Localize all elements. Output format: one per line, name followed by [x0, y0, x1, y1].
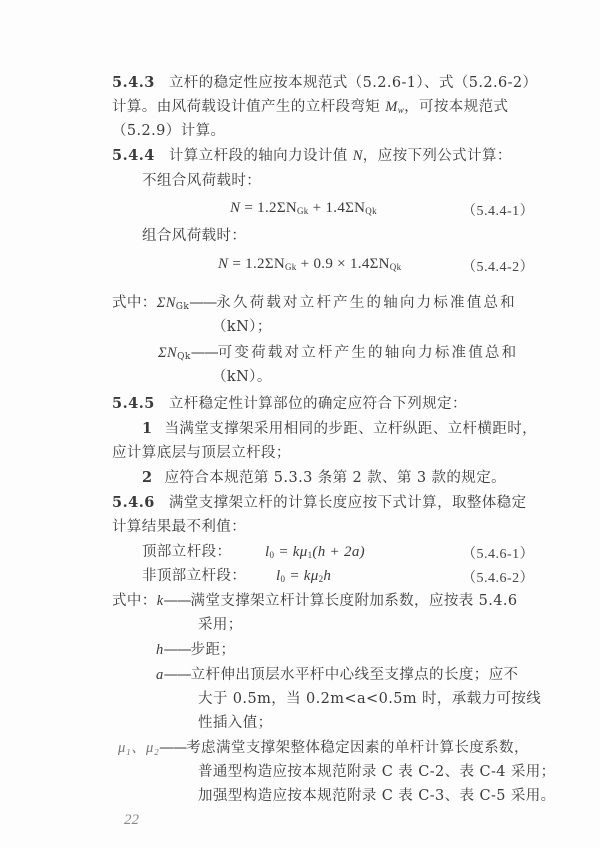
formula-text: = 1.2ΣN [240, 200, 297, 216]
formula-text: = kμ [285, 568, 318, 584]
paragraph-text: 立杆稳定性计算部位的确定应符合下列规定： [169, 396, 467, 412]
paragraph-text: ，可按本规范式 [404, 99, 508, 115]
paragraph-text: 满堂支撑架立杆的计算长度应按下式计算，取整体稳定 [169, 495, 527, 511]
dash: —— [191, 345, 218, 361]
section-number: 5.4.4 [112, 147, 155, 164]
symbol: h [156, 642, 164, 658]
definition-a: a——立杆伸出顶层水平杆中心线至支撑点的长度；应不 [156, 665, 518, 685]
definition-text: 立杆伸出顶层水平杆中心线至支撑点的长度；应不 [191, 667, 519, 683]
section-5-4-3-line-3: （5.2.9）计算。 [112, 121, 225, 141]
section-number: 5.4.3 [112, 74, 155, 91]
definition-k: 式中：k——满堂支撑架立杆计算长度附加系数，应按表 5.4.6 [112, 591, 518, 611]
item-number: 2 [142, 469, 153, 486]
equation-number: （5.4.6-2） [462, 567, 534, 587]
definition-a-continued-2: 性插入值； [198, 713, 273, 733]
section-5-4-6-line-1: 5.4.6满堂支撑架立杆的计算长度应按下式计算，取整体稳定 [112, 493, 526, 513]
subscript: Gk [285, 262, 297, 272]
symbol: ΣN [158, 345, 177, 361]
equation-5-4-4-1: N = 1.2ΣNGk + 1.4ΣNQk [230, 198, 377, 221]
item-text: 当满堂支撑架采用相同的步距、立杆纵距、立杆横距时， [165, 421, 538, 437]
definition-sum-ngk-unit: （kN）； [212, 317, 272, 337]
definition-text: 可变荷载对立杆产生的轴向力标准值总和 [218, 345, 519, 361]
subscript: Gk [176, 302, 189, 312]
subscript: Qk [177, 352, 191, 362]
document-page: 5.4.3立杆的稳定性应按本规范式（5.2.6-1）、式（5.2.6-2） 计算… [0, 0, 600, 848]
formula-text: (h + 2a) [312, 544, 365, 560]
paragraph-text: 计算。由风荷载设计值产生的立杆段弯矩 [112, 99, 385, 115]
symbol-N: N [218, 256, 228, 272]
definition-a-continued-1: 大于 0.5m，当 0.2m<a<0.5m 时，承载力可按线 [198, 689, 541, 709]
section-5-4-5-intro: 5.4.5立杆稳定性计算部位的确定应符合下列规定： [112, 394, 467, 414]
subscript: Qk [390, 262, 402, 272]
definition-sum-ngk: 式中：ΣNGk——永久荷载对立杆产生的轴向力标准值总和 [112, 293, 517, 317]
dash: —— [164, 667, 191, 683]
symbol: μ₁、μ₂ [118, 740, 159, 756]
equation-number: （5.4.4-1） [462, 200, 534, 220]
paragraph-text: 计算立杆段的轴向力设计值 [169, 148, 353, 164]
case-without-wind-label: 不组合风荷载时： [142, 171, 261, 191]
dash: —— [159, 740, 186, 756]
list-item-1: 1当满堂支撑架采用相同的步距、立杆纵距、立杆横距时， [142, 419, 537, 439]
symbol: a [156, 667, 164, 683]
equation-number: （5.4.6-1） [462, 543, 534, 563]
page-number: 22 [124, 812, 139, 829]
section-number: 5.4.5 [112, 395, 155, 412]
definition-sum-nqk: ΣNQk——可变荷载对立杆产生的轴向力标准值总和 [158, 343, 518, 367]
equation-5-4-4-2: N = 1.2ΣNGk + 0.9 × 1.4ΣNQk [218, 254, 401, 277]
definition-text: 满堂支撑架立杆计算长度附加系数，应按表 5.4.6 [191, 593, 518, 609]
formula-text: + 0.9 × 1.4ΣN [297, 256, 390, 272]
paragraph-text: ，应按下列公式计算： [363, 148, 512, 164]
definition-mu-continued-2: 加强型构造应按本规范附录 C 表 C-3、表 C-5 采用。 [198, 786, 556, 806]
dash: —— [189, 295, 216, 311]
paragraph-text: 立杆的稳定性应按本规范式（5.2.6-1）、式（5.2.6-2） [169, 75, 538, 91]
symbol-N: N [353, 148, 363, 164]
item-number: 1 [142, 420, 153, 437]
definition-mu: μ₁、μ₂——考虑满堂支撑架整体稳定因素的单杆计算长度系数， [118, 738, 529, 758]
dash: —— [164, 593, 191, 609]
equation-5-4-6-1: l0 = kμ1(h + 2a) [265, 542, 365, 565]
equation-number: （5.4.4-2） [462, 256, 534, 276]
definition-text: 永久荷载对立杆产生的轴向力标准值总和 [216, 295, 517, 311]
formula-text: + 1.4ΣN [309, 200, 366, 216]
symbol: ΣN [157, 295, 176, 311]
symbol-M: M [385, 99, 397, 115]
formula-text: = 1.2ΣN [228, 256, 285, 272]
dash: —— [164, 642, 191, 658]
where-label: 式中： [112, 295, 157, 311]
definition-mu-continued-1: 普通型构造应按本规范附录 C 表 C-2、表 C-4 采用； [198, 762, 556, 782]
symbol: k [157, 593, 164, 609]
non-top-segment-label: 非顶部立杆段： [142, 566, 246, 586]
section-5-4-3-line-2: 计算。由风荷载设计值产生的立杆段弯矩 Mw，可按本规范式 [112, 97, 508, 120]
top-segment-label: 顶部立杆段： [142, 542, 231, 562]
section-5-4-4-intro: 5.4.4计算立杆段的轴向力设计值 N，应按下列公式计算： [112, 146, 512, 166]
item-text: 应符合本规范第 5.3.3 条第 2 款、第 3 款的规定。 [165, 470, 507, 486]
list-item-2: 2应符合本规范第 5.3.3 条第 2 款、第 3 款的规定。 [142, 468, 506, 488]
definition-text: 考虑满堂支撑架整体稳定因素的单杆计算长度系数， [186, 740, 529, 756]
section-5-4-3-line-1: 5.4.3立杆的稳定性应按本规范式（5.2.6-1）、式（5.2.6-2） [112, 73, 537, 93]
formula-text: = kμ [274, 544, 307, 560]
subscript: Qk [365, 206, 377, 216]
section-number: 5.4.6 [112, 494, 155, 511]
subscript: Gk [297, 206, 309, 216]
symbol-N: N [230, 200, 240, 216]
definition-sum-nqk-unit: （kN）。 [212, 367, 272, 387]
definition-k-continued: 采用； [198, 615, 243, 635]
definition-text: 步距； [191, 642, 236, 658]
equation-5-4-6-2: l0 = kμ2h [276, 566, 331, 589]
section-5-4-6-line-2: 计算结果最不利值： [112, 517, 246, 537]
list-item-1-continued: 应计算底层与顶层立杆段； [112, 443, 291, 463]
where-label: 式中： [112, 593, 157, 609]
case-with-wind-label: 组合风荷载时： [142, 226, 246, 246]
formula-text: h [323, 568, 331, 584]
definition-h: h——步距； [156, 640, 235, 660]
